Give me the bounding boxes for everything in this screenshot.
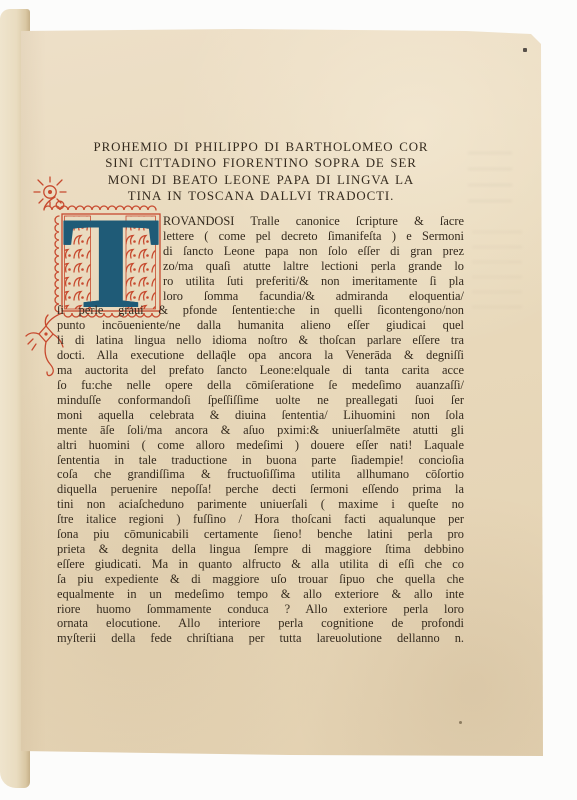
page-speck	[523, 48, 527, 52]
text-line: ma auctorita del prefato ſancto Leone:el…	[57, 363, 464, 378]
text-line: eſſere giudicati. Ma in quanto alfructo …	[57, 557, 464, 572]
text-line: coſa che grandiſſima & fructuoſiſſima ut…	[57, 467, 464, 482]
text-line: ornata elocutione. Allo interiore perla …	[57, 616, 464, 631]
heading-line: SINI CITTADINO FIORENTINO SOPRA DE SER	[62, 155, 460, 171]
page-speck	[459, 721, 462, 724]
show-through-smudge	[472, 228, 522, 308]
book-page: PROHEMIO DI PHILIPPO DI BARTHOLOMEO CORS…	[0, 0, 577, 800]
text-line: loro ſomma facundia/& admiranda eloquent…	[163, 289, 464, 304]
body-text: ROVANDOSI Tralle canonice ſcripture & ſa…	[57, 214, 464, 646]
text-line: altri huomini ( come alloro medeſimi ) d…	[57, 438, 464, 453]
text-line: diquella peruenire nepoſſa! perche decti…	[57, 482, 464, 497]
text-line: lettere ( come pel decreto ſimanifeſta )…	[163, 229, 464, 244]
text-line: punto incōueniente/ne dalla humanita ali…	[57, 318, 464, 333]
heading-line: PROHEMIO DI PHILIPPO DI BARTHOLOMEO COR	[62, 139, 460, 155]
show-through-smudge	[468, 140, 512, 202]
text-line: ſi perle graui & pfonde ſententie:che in…	[57, 303, 464, 318]
photo-backdrop: PROHEMIO DI PHILIPPO DI BARTHOLOMEO CORS…	[0, 0, 577, 800]
text-line: li di latina lingua nello idioma noſtro …	[57, 333, 464, 348]
text-line: ro utilita ſuti preferiti/& non imeritam…	[163, 274, 464, 289]
text-line: ROVANDOSI Tralle canonice ſcripture & ſa…	[163, 214, 464, 229]
text-line: riore huomo ſommamente conduca ? Allo ex…	[57, 602, 464, 617]
text-line: prieta & degnita della lingua ſempre di …	[57, 542, 464, 557]
text-line: mente āſe ſoli/ma ancora & aſuo pximi:& …	[57, 423, 464, 438]
text-line: ſona piu cōmunicabili certamente ſieno! …	[57, 527, 464, 542]
text-line: di ſancto Leone papa non ſolo eſſer di g…	[163, 244, 464, 259]
text-line: tini non aciaſcheduno parimente uniuerſa…	[57, 497, 464, 512]
text-line: ſa piu expediente & di maggiore uſo trou…	[57, 572, 464, 587]
text-line: ſo fu:che nelle opere della cōmiſeration…	[57, 378, 464, 393]
text-line: equalmente in un medeſimo tempo & allo e…	[57, 587, 464, 602]
text-line: moni aquella celebrata & diuina ſententi…	[57, 408, 464, 423]
text-line: ſtre italice regioni ) fuſſino / Hora th…	[57, 512, 464, 527]
text-line: ſententia in tale traductione in buona p…	[57, 453, 464, 468]
text-line: minduſſe conformandoſi ſpeſſiſſime uolte…	[57, 393, 464, 408]
text-line: docti. Alla executione dellaq̄le opa anc…	[57, 348, 464, 363]
text-line: myſterii della fede chriſtiana per tutta…	[57, 631, 464, 646]
text-line: zo/ma quaſi atutte laltre lectioni perla…	[163, 259, 464, 274]
